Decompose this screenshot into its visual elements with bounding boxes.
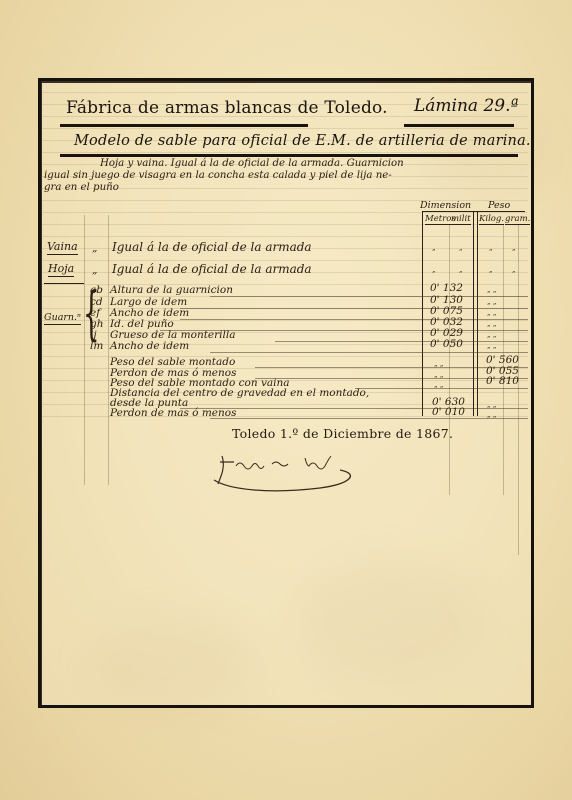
guarn-row-code: ab [90, 284, 103, 296]
part-desc-vaina: Igual á la de oficial de la armada [112, 240, 312, 254]
ditto-kilog: „ [489, 244, 493, 252]
ditto-mark: „ [92, 264, 97, 276]
column-header-kilog: Kilog. [479, 214, 504, 225]
guarn-row-peso: „ „ [487, 286, 496, 294]
ditto-metros: „ [432, 266, 436, 274]
summary-row-peso: 0' 810 [486, 375, 519, 387]
column-header-gram: gram. [505, 214, 530, 225]
title-underline [60, 124, 308, 127]
summary-row-dimension: 0' 010 [432, 406, 465, 418]
row-rule [210, 418, 528, 419]
intro-line: igual sin juego de visagra en la concha … [44, 170, 524, 182]
header-rule [422, 211, 478, 212]
column-rule [449, 225, 450, 495]
margin-line [84, 215, 85, 485]
document-title: Fábrica de armas blancas de Toledo. [66, 98, 388, 118]
row-rule [180, 319, 528, 320]
part-label-hoja: Hoja [48, 262, 74, 277]
part-label-guarnicion: Guarn.ⁿ [44, 312, 81, 325]
dateline: Toledo 1.º de Diciembre de 1867. [232, 426, 453, 441]
row-rule [355, 388, 528, 389]
part-desc-hoja: Igual á la de oficial de la armada [112, 262, 312, 276]
column-rule [477, 212, 478, 416]
ditto-kilog: „ [489, 266, 493, 274]
guarn-row-dimension: 0' 132 [430, 282, 463, 294]
margin-line [108, 215, 109, 485]
guarn-row-code: lm [90, 340, 103, 352]
intro-line: gra en el puño [44, 182, 524, 194]
signature-flourish-icon [210, 448, 370, 498]
column-rule [518, 225, 519, 555]
ditto-metros: „ [432, 244, 436, 252]
row-rule [210, 352, 528, 353]
ditto-mark: „ [92, 242, 97, 254]
ditto-mil: „ [459, 266, 463, 274]
guarn-row-desc: Altura de la guarnicion [110, 284, 233, 296]
guarn-row-desc: Ancho de idem [110, 340, 189, 352]
document-subtitle: Modelo de sable para oficial de E.M. de … [74, 133, 531, 149]
signature: Joaquin Ma[...] (signature) [210, 448, 370, 502]
intro-line: Hoja y vaina. Igual á la de oficial de l… [44, 158, 524, 170]
column-header-dimension: Dimension [420, 200, 471, 211]
guarn-row-peso: „ „ [487, 298, 496, 306]
ditto-mil: „ [459, 244, 463, 252]
guarn-row-peso: „ „ [487, 320, 496, 328]
column-rule [473, 212, 474, 416]
intro-paragraph: Hoja y vaina. Igual á la de oficial de l… [44, 158, 524, 194]
guarn-row-peso: „ „ [487, 331, 496, 339]
guarn-row-peso: „ „ [487, 342, 496, 350]
plate-underline [404, 124, 514, 127]
guarn-row-peso: „ „ [487, 309, 496, 317]
row-rule [180, 308, 528, 309]
column-rule [422, 212, 423, 416]
label-underline [44, 283, 84, 284]
ditto-gram: „ [512, 266, 516, 274]
plate-number: Lámina 29.ª [414, 96, 519, 116]
subtitle-underline [60, 154, 518, 157]
part-label-vaina: Vaina [47, 240, 78, 255]
ditto-gram: „ [512, 244, 516, 252]
row-rule [210, 296, 528, 297]
guarn-row-dimension: 0' 050 [430, 338, 463, 350]
header-rule [477, 211, 525, 212]
column-header-mil: milit [451, 214, 471, 225]
column-header-peso: Peso [488, 200, 510, 211]
